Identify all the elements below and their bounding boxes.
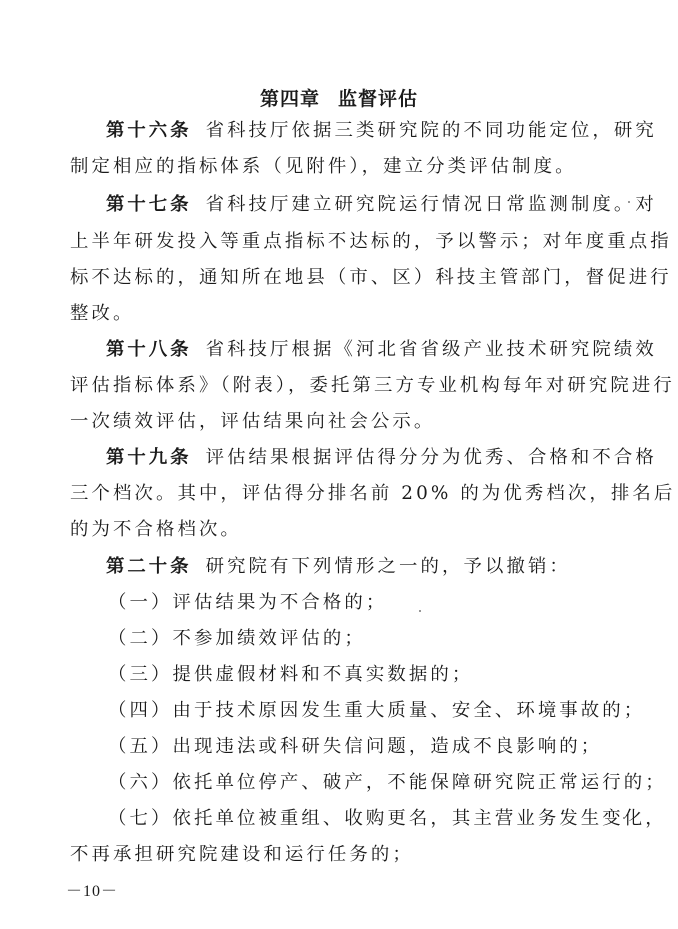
article-19-line-1: 第十九条评估结果根据评估得分分为优秀、合格和不合格 bbox=[106, 446, 657, 470]
page-number: －10－ bbox=[66, 878, 118, 901]
list-item-2: （二）不参加绩效评估的； bbox=[108, 627, 366, 651]
article-number: 第十九条 bbox=[106, 447, 192, 468]
list-item-7: （七）依托单位被重组、收购更名，其主营业务发生变化， bbox=[108, 807, 667, 831]
article-17-line-1: 第十七条省科技厅建立研究院运行情况日常监测制度。对 bbox=[106, 193, 657, 217]
article-19-line-2: 三个档次。其中，评估得分排名前 20% 的为优秀档次，排名后 5% bbox=[70, 482, 678, 506]
chapter-title: 第四章监督评估 bbox=[0, 84, 678, 111]
list-item-5: （五）出现违法或科研失信问题，造成不良影响的； bbox=[108, 735, 602, 759]
article-text: 评估结果根据评估得分分为优秀、合格和不合格 bbox=[206, 447, 657, 468]
scan-speck bbox=[419, 610, 421, 612]
article-text: 省科技厅依据三类研究院的不同功能定位，研究 bbox=[206, 120, 657, 141]
article-19-line-3: 的为不合格档次。 bbox=[70, 518, 242, 542]
scan-speck bbox=[623, 817, 625, 819]
article-18-line-3: 一次绩效评估，评估结果向社会公示。 bbox=[70, 410, 435, 434]
article-number: 第十七条 bbox=[106, 194, 192, 215]
scan-speck bbox=[628, 201, 630, 203]
list-item-6: （六）依托单位停产、破产，不能保障研究院正常运行的； bbox=[108, 771, 667, 795]
list-item-3: （三）提供虚假材料和不真实数据的； bbox=[108, 663, 473, 687]
article-17-line-3: 标不达标的，通知所在地县（市、区）科技主管部门，督促进行 bbox=[70, 266, 672, 290]
article-number: 第二十条 bbox=[106, 556, 192, 577]
article-20-line-1: 第二十条研究院有下列情形之一的，予以撤销： bbox=[106, 555, 571, 579]
chapter-name: 监督评估 bbox=[338, 88, 418, 110]
article-text: 省科技厅建立研究院运行情况日常监测制度。对 bbox=[206, 194, 657, 215]
article-text: 研究院有下列情形之一的，予以撤销： bbox=[206, 556, 571, 577]
list-item-1: （一）评估结果为不合格的； bbox=[108, 591, 387, 615]
chapter-number: 第四章 bbox=[260, 88, 320, 110]
article-16-line-2: 制定相应的指标体系（见附件），建立分类评估制度。 bbox=[70, 155, 577, 179]
document-page: 第四章监督评估 第十六条省科技厅依据三类研究院的不同功能定位，研究 制定相应的指… bbox=[0, 0, 678, 929]
article-17-line-4: 整改。 bbox=[70, 302, 134, 326]
article-17-line-2: 上半年研发投入等重点指标不达标的，予以警示；对年度重点指 bbox=[70, 230, 672, 254]
list-item-7-continuation: 不再承担研究院建设和运行任务的； bbox=[70, 843, 414, 867]
article-number: 第十八条 bbox=[106, 339, 192, 360]
article-text: 省科技厅根据《河北省省级产业技术研究院绩效 bbox=[206, 339, 657, 360]
list-item-4: （四）由于技术原因发生重大质量、安全、环境事故的； bbox=[108, 699, 645, 723]
article-18-line-2: 评估指标体系》（附表），委托第三方专业机构每年对研究院进行 bbox=[70, 374, 675, 398]
article-16-line-1: 第十六条省科技厅依据三类研究院的不同功能定位，研究 bbox=[106, 119, 657, 143]
article-number: 第十六条 bbox=[106, 120, 192, 141]
article-18-line-1: 第十八条省科技厅根据《河北省省级产业技术研究院绩效 bbox=[106, 338, 657, 362]
